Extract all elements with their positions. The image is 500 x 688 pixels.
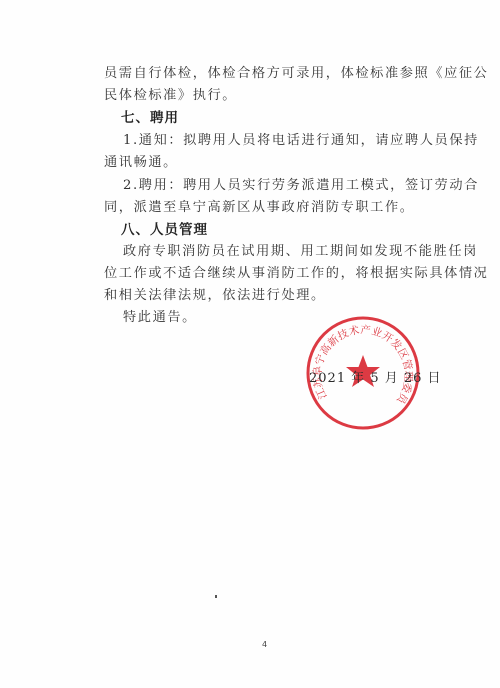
page-number: 4 — [262, 640, 267, 649]
scan-speck — [215, 595, 217, 598]
section-heading-personnel: 八、人员管理 — [121, 222, 455, 238]
body-line: 通讯畅通。 — [104, 155, 438, 171]
svg-text:江苏阜宁高新技术产业开发区管理委员会: 江苏阜宁高新技术产业开发区管理委员会 — [305, 315, 415, 407]
body-line: 和相关法律法规，依法进行处理。 — [104, 288, 438, 304]
section-heading-hiring: 七、聘用 — [121, 110, 455, 126]
body-line: 民体检标准》执行。 — [104, 88, 438, 104]
body-line: 政府专职消防员在试用期、用工期间如发现不能胜任岗 — [123, 244, 438, 260]
body-line: 同，派遣至阜宁高新区从事政府消防专职工作。 — [104, 200, 438, 216]
body-line: 2.聘用：聘用人员实行劳务派遣用工模式，签订劳动合 — [123, 178, 438, 194]
issue-date: 2021 年 5 月 26 日 — [309, 367, 442, 386]
body-line: 位工作或不适合继续从事消防工作的，将根据实际具体情况 — [104, 266, 438, 282]
seal-ring-text: 江苏阜宁高新技术产业开发区管理委员会 — [305, 315, 415, 407]
body-line: 1.通知：拟聘用人员将电话进行通知，请应聘人员保持 — [123, 133, 438, 149]
body-line: 员需自行体检，体检合格方可录用，体检标准参照《应征公 — [104, 66, 438, 82]
document-page: 员需自行体检，体检合格方可录用，体检标准参照《应征公 民体检标准》执行。 七、聘… — [0, 0, 500, 688]
